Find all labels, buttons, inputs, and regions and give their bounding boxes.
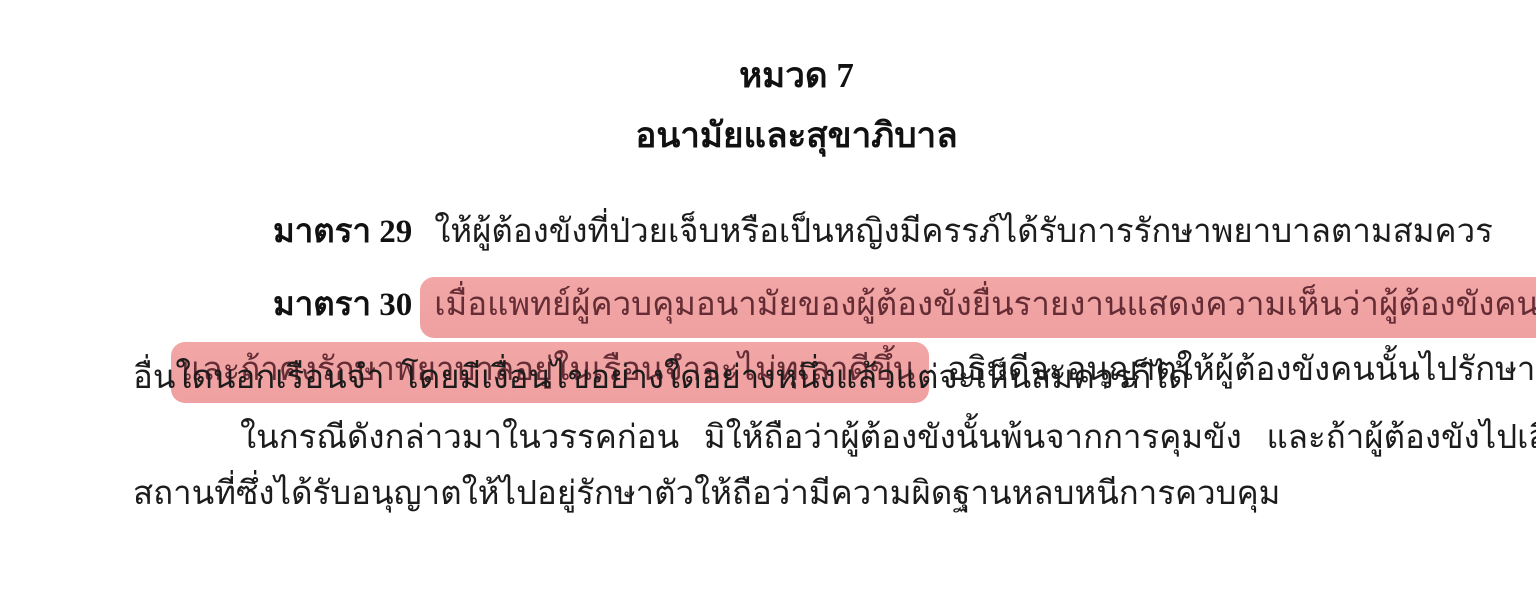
section-30-line-3: อื่นใดนอกเรือนจำ โดยมีเงื่อนไขอย่างใดอย่… — [133, 354, 1189, 402]
section-30-paragraph-2-line-2: สถานที่ซึ่งได้รับอนุญาตให้ไปอยู่รักษาตัว… — [133, 470, 1280, 518]
chapter-title: อนามัยและสุขาภิบาล — [133, 108, 1460, 163]
section-30-paragraph-2-line-1: ในกรณีดังกล่าวมาในวรรคก่อน มิให้ถือว่าผู… — [240, 414, 1536, 462]
chapter-heading: หมวด 7 — [133, 48, 1460, 103]
document-page: หมวด 7 อนามัยและสุขาภิบาล มาตรา 29ให้ผู้… — [0, 0, 1536, 608]
